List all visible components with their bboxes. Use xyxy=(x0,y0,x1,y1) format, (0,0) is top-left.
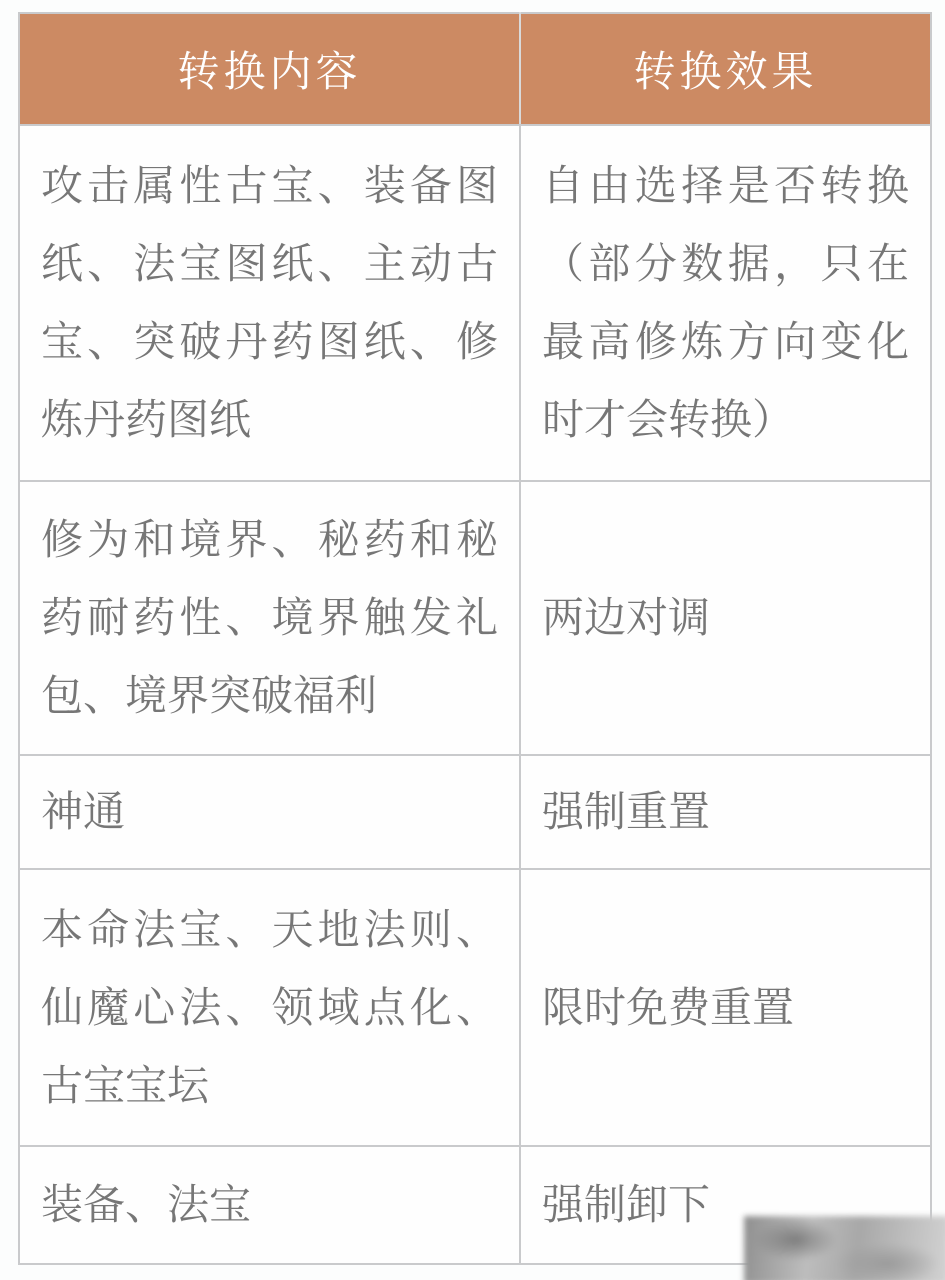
table-cell-effect: 强制重置 xyxy=(520,755,931,869)
table-cell-content: 攻击属性古宝、装备图纸、法宝图纸、主动古宝、突破丹药图纸、修炼丹药图纸 xyxy=(19,125,520,481)
table-cell-effect: 自由选择是否转换（部分数据，只在最高修炼方向变化时才会转换） xyxy=(520,125,931,481)
conversion-table-container: 转换内容 转换效果 攻击属性古宝、装备图纸、法宝图纸、主动古宝、突破丹药图纸、修… xyxy=(18,12,930,1265)
table-cell-effect: 两边对调 xyxy=(520,481,931,755)
table-cell-content: 修为和境界、秘药和秘药耐药性、境界触发礼包、境界突破福利 xyxy=(19,481,520,755)
table-row: 修为和境界、秘药和秘药耐药性、境界触发礼包、境界突破福利 两边对调 xyxy=(19,481,931,755)
table-cell-content: 装备、法宝 xyxy=(19,1146,520,1264)
table-row: 攻击属性古宝、装备图纸、法宝图纸、主动古宝、突破丹药图纸、修炼丹药图纸 自由选择… xyxy=(19,125,931,481)
column-header-content: 转换内容 xyxy=(19,13,520,125)
conversion-table: 转换内容 转换效果 攻击属性古宝、装备图纸、法宝图纸、主动古宝、突破丹药图纸、修… xyxy=(18,12,932,1265)
table-row: 本命法宝、天地法则、仙魔心法、领域点化、古宝宝坛 限时免费重置 xyxy=(19,869,931,1146)
table-cell-content: 神通 xyxy=(19,755,520,869)
table-row: 神通 强制重置 xyxy=(19,755,931,869)
watermark-blur-blob xyxy=(744,1216,945,1280)
table-cell-effect: 限时免费重置 xyxy=(520,869,931,1146)
column-header-effect: 转换效果 xyxy=(520,13,931,125)
table-cell-content: 本命法宝、天地法则、仙魔心法、领域点化、古宝宝坛 xyxy=(19,869,520,1146)
table-header-row: 转换内容 转换效果 xyxy=(19,13,931,125)
